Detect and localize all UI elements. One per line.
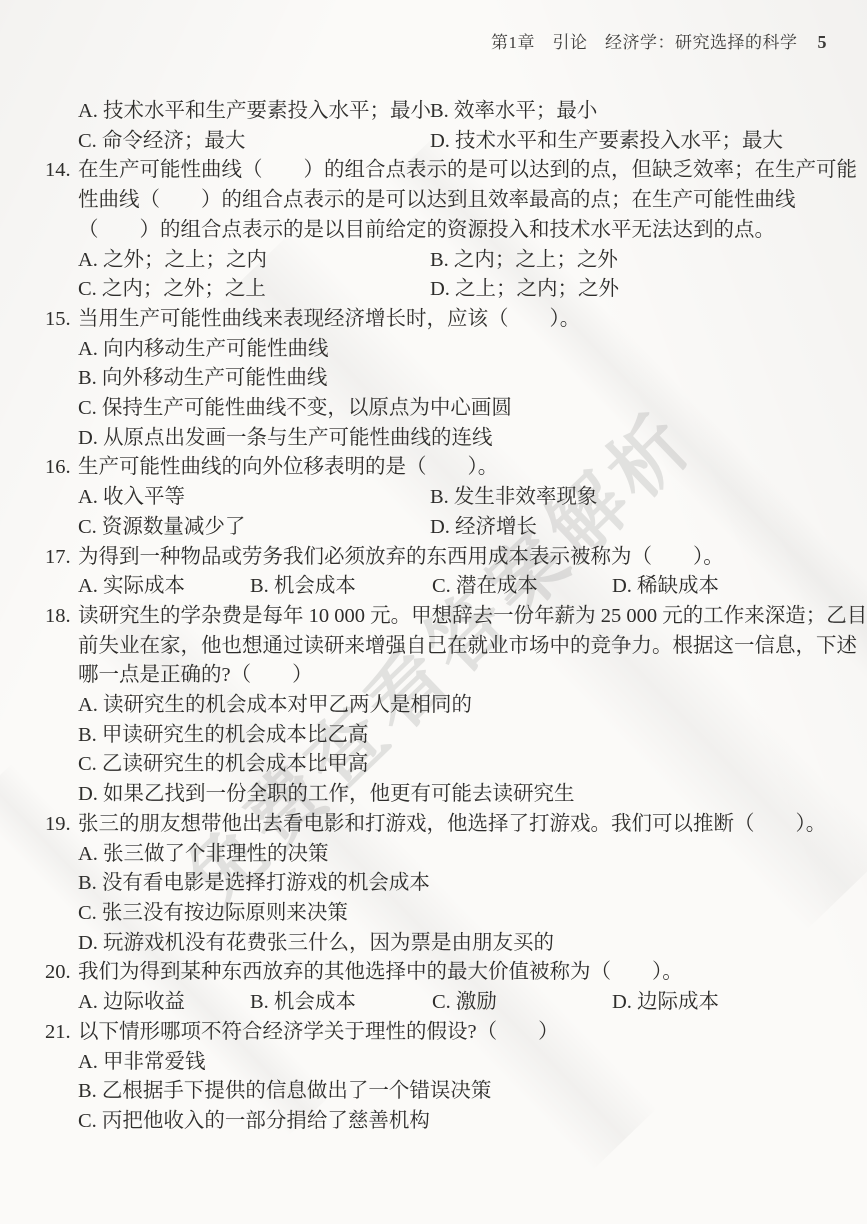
- question-first-line: 21. 以下情形哪项不符合经济学关于理性的假设?（ ）: [45, 1018, 830, 1048]
- option-item: A. 实际成本: [78, 572, 250, 602]
- options-group: A. 收入平等B. 发生非效率现象C. 资源数量减少了D. 经济增长: [45, 483, 830, 542]
- option-item: A. 技术水平和生产要素投入水平；最小: [78, 97, 430, 127]
- question-block: 16. 生产可能性曲线的向外位移表明的是（ ）。 A. 收入平等B. 发生非效率…: [45, 453, 830, 542]
- option-item: C. 潜在成本: [432, 572, 612, 602]
- question-first-line: 14. 在生产可能性曲线（ ）的组合点表示的是可以达到的点，但缺乏效率；在生产可…: [45, 156, 830, 186]
- option-item: C. 之内；之外；之上: [78, 275, 430, 305]
- question-number: 16.: [45, 453, 78, 483]
- option-item: B. 机会成本: [250, 572, 432, 602]
- question-text-line: 以下情形哪项不符合经济学关于理性的假设?（ ）: [78, 1018, 559, 1048]
- question-text-line: 读研究生的学杂费是每年 10 000 元。甲想辞去一份年薪为 25 000 元的…: [78, 602, 867, 632]
- question-text-line: 前失业在家，他也想通过读研来增强自己在就业市场中的竞争力。根据这一信息，下述: [45, 632, 830, 662]
- option-item: D. 边际成本: [612, 988, 830, 1018]
- options-group: A. 边际收益B. 机会成本C. 激励D. 边际成本: [45, 988, 830, 1018]
- question-block: 20. 我们为得到某种东西放弃的其他选择中的最大价值被称为（ ）。 A. 边际收…: [45, 958, 830, 1017]
- option-item: B. 甲读研究生的机会成本比乙高: [78, 721, 830, 751]
- option-item: A. 读研究生的机会成本对甲乙两人是相同的: [78, 691, 830, 721]
- scanned-page: 免费查看答案解析 第1章 引论 经济学：研究选择的科学5 A. 技术水平和生产要…: [0, 0, 867, 1224]
- question-text-line: （ ）的组合点表示的是以目前给定的资源投入和技术水平无法达到的点。: [45, 216, 830, 246]
- option-item: C. 资源数量减少了: [78, 513, 430, 543]
- chapter-heading: 第1章 引论 经济学：研究选择的科学: [491, 33, 798, 52]
- question-text-line: 生产可能性曲线的向外位移表明的是（ ）。: [78, 453, 498, 483]
- question-block: 14. 在生产可能性曲线（ ）的组合点表示的是可以达到的点，但缺乏效率；在生产可…: [45, 156, 830, 305]
- question-block: 19. 张三的朋友想带他出去看电影和打游戏，他选择了打游戏。我们可以推断（ ）。…: [45, 810, 830, 959]
- question-first-line: 18. 读研究生的学杂费是每年 10 000 元。甲想辞去一份年薪为 25 00…: [45, 602, 830, 632]
- option-item: D. 技术水平和生产要素投入水平；最大: [430, 127, 830, 157]
- page-header: 第1章 引论 经济学：研究选择的科学5: [0, 28, 827, 53]
- question-first-line: 17. 为得到一种物品或劳务我们必须放弃的东西用成本表示被称为（ ）。: [45, 543, 830, 573]
- option-item: B. 机会成本: [250, 988, 432, 1018]
- question-block: 21. 以下情形哪项不符合经济学关于理性的假设?（ ） A. 甲非常爱钱B. 乙…: [45, 1018, 830, 1137]
- option-item: B. 之内；之上；之外: [430, 246, 830, 276]
- options-group: A. 技术水平和生产要素投入水平；最小B. 效率水平；最小C. 命令经济；最大D…: [45, 97, 830, 156]
- question-number: 21.: [45, 1018, 78, 1048]
- question-text-line: 为得到一种物品或劳务我们必须放弃的东西用成本表示被称为（ ）。: [78, 543, 724, 573]
- option-item: D. 经济增长: [430, 513, 830, 543]
- option-item: C. 张三没有按边际原则来决策: [78, 899, 830, 929]
- question-number: 20.: [45, 958, 78, 988]
- option-item: D. 如果乙找到一份全职的工作，他更有可能去读研究生: [78, 780, 830, 810]
- question-text-line: 性曲线（ ）的组合点表示的是可以达到且效率最高的点；在生产可能性曲线: [45, 186, 830, 216]
- option-item: C. 丙把他收入的一部分捐给了慈善机构: [78, 1107, 830, 1137]
- option-item: B. 发生非效率现象: [430, 483, 830, 513]
- question-text-line: 我们为得到某种东西放弃的其他选择中的最大价值被称为（ ）。: [78, 958, 683, 988]
- options-group: A. 张三做了个非理性的决策B. 没有看电影是选择打游戏的机会成本C. 张三没有…: [45, 840, 830, 959]
- question-first-line: 16. 生产可能性曲线的向外位移表明的是（ ）。: [45, 453, 830, 483]
- option-item: D. 稀缺成本: [612, 572, 830, 602]
- question-first-line: 20. 我们为得到某种东西放弃的其他选择中的最大价值被称为（ ）。: [45, 958, 830, 988]
- question-text-line: 在生产可能性曲线（ ）的组合点表示的是可以达到的点，但缺乏效率；在生产可能: [78, 156, 857, 186]
- option-item: A. 张三做了个非理性的决策: [78, 840, 830, 870]
- option-item: B. 效率水平；最小: [430, 97, 830, 127]
- question-number: 15.: [45, 305, 78, 335]
- options-group: A. 甲非常爱钱B. 乙根据手下提供的信息做出了一个错误决策C. 丙把他收入的一…: [45, 1048, 830, 1137]
- option-item: D. 之上；之内；之外: [430, 275, 830, 305]
- option-item: B. 乙根据手下提供的信息做出了一个错误决策: [78, 1077, 830, 1107]
- option-item: C. 激励: [432, 988, 612, 1018]
- question-number: 18.: [45, 602, 78, 632]
- question-block: A. 技术水平和生产要素投入水平；最小B. 效率水平；最小C. 命令经济；最大D…: [45, 97, 830, 156]
- option-item: C. 乙读研究生的机会成本比甲高: [78, 750, 830, 780]
- option-item: C. 命令经济；最大: [78, 127, 430, 157]
- question-text-line: 当用生产可能性曲线来表现经济增长时，应该（ ）。: [78, 305, 580, 335]
- option-item: B. 没有看电影是选择打游戏的机会成本: [78, 869, 830, 899]
- question-block: 18. 读研究生的学杂费是每年 10 000 元。甲想辞去一份年薪为 25 00…: [45, 602, 830, 810]
- option-item: A. 之外；之上；之内: [78, 246, 430, 276]
- options-group: A. 之外；之上；之内B. 之内；之上；之外C. 之内；之外；之上D. 之上；之…: [45, 246, 830, 305]
- question-number: 14.: [45, 156, 78, 186]
- option-item: D. 玩游戏机没有花费张三什么，因为票是由朋友买的: [78, 929, 830, 959]
- options-group: A. 实际成本B. 机会成本C. 潜在成本D. 稀缺成本: [45, 572, 830, 602]
- question-text-line: 哪一点是正确的?（ ）: [45, 661, 830, 691]
- question-block: 17. 为得到一种物品或劳务我们必须放弃的东西用成本表示被称为（ ）。 A. 实…: [45, 543, 830, 602]
- option-item: B. 向外移动生产可能性曲线: [78, 364, 830, 394]
- option-item: D. 从原点出发画一条与生产可能性曲线的连线: [78, 424, 830, 454]
- options-group: A. 读研究生的机会成本对甲乙两人是相同的B. 甲读研究生的机会成本比乙高C. …: [45, 691, 830, 810]
- option-item: A. 边际收益: [78, 988, 250, 1018]
- page-number: 5: [818, 32, 828, 53]
- question-number: 17.: [45, 543, 78, 573]
- options-group: A. 向内移动生产可能性曲线B. 向外移动生产可能性曲线C. 保持生产可能性曲线…: [45, 335, 830, 454]
- option-item: A. 收入平等: [78, 483, 430, 513]
- question-number: 19.: [45, 810, 78, 840]
- questions-list: A. 技术水平和生产要素投入水平；最小B. 效率水平；最小C. 命令经济；最大D…: [45, 97, 830, 1137]
- question-block: 15. 当用生产可能性曲线来表现经济增长时，应该（ ）。 A. 向内移动生产可能…: [45, 305, 830, 454]
- option-item: C. 保持生产可能性曲线不变，以原点为中心画圆: [78, 394, 830, 424]
- option-item: A. 向内移动生产可能性曲线: [78, 335, 830, 365]
- question-text-line: 张三的朋友想带他出去看电影和打游戏，他选择了打游戏。我们可以推断（ ）。: [78, 810, 826, 840]
- question-first-line: 19. 张三的朋友想带他出去看电影和打游戏，他选择了打游戏。我们可以推断（ ）。: [45, 810, 830, 840]
- question-first-line: 15. 当用生产可能性曲线来表现经济增长时，应该（ ）。: [45, 305, 830, 335]
- option-item: A. 甲非常爱钱: [78, 1048, 830, 1078]
